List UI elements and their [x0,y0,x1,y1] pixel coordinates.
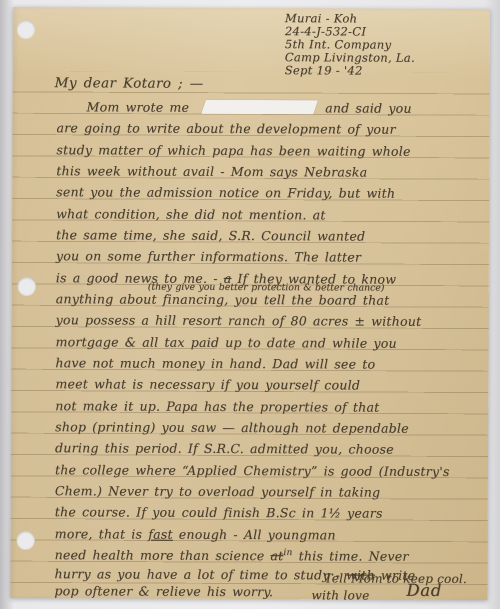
letter-line: Mom wrote meand said you [57,96,484,119]
line-text: this week without avail - Mom says Nebra… [56,163,367,179]
salutation: My dear Kotaro ; — [55,75,204,92]
line-text: hurry as you have a lot of time to study… [54,566,346,582]
line-text: and said you [325,100,412,115]
letter-line: have not much money in hand. Dad will se… [55,352,482,375]
line-text: mortgage & all tax paid up to date and w… [56,334,397,350]
letter-line: sent you the admission notice on Friday,… [56,182,483,205]
letter-line: are going to write about the development… [56,118,483,141]
letter-line: what condition, she did not mention. at [56,203,483,226]
closing-with-love: with love [311,588,369,602]
line-text: Mom wrote me [87,99,190,114]
hole-punch-bottom [17,531,35,549]
line-text: the college where “Applied Chemistry” is… [55,462,450,479]
redaction-block [201,100,318,114]
line-text: not make it up. Papa has the properties … [55,398,379,414]
line-text: Chem.) Never try to overload yourself in… [55,483,380,499]
line-text: study matter of which papa has been wait… [56,142,410,159]
line-text: shop (printing) you saw — although not d… [55,419,409,436]
line-text: the same time, she said, S.R. Council wa… [56,227,365,243]
line-text: sent you the admission notice on Friday,… [56,185,395,201]
line-text: this time. Never [293,548,409,564]
letter-body: Mom wrote meand said youare going to wri… [54,96,483,601]
annotated-word: fast [148,526,173,541]
header-line: Sept 19 - '42 [285,64,475,78]
letter-line: mortgage & all tax paid up to date and w… [55,331,482,354]
letter-line: not make it up. Papa has the properties … [55,395,482,418]
letter-line: more, that is fast enough - All youngman [55,523,482,546]
letter-header: Murai - Koh24-4-J-532-CI5th Int. Company… [285,12,475,78]
letter-line: anything about financing, you tell the b… [56,288,483,311]
letter-line: need health more than science atin this … [55,544,482,567]
letter-line: the course. If you could finish B.Sc in … [55,501,482,524]
letter-line: this week without avail - Mom says Nebra… [56,160,483,183]
letter-line: shop (printing) you saw — although not d… [55,416,482,439]
line-text: have not much money in hand. Dad will se… [55,355,375,371]
letter-line: meet what is necessary if you yourself c… [55,373,482,396]
letter-line: the same time, she said, S.R. Council wa… [56,224,483,247]
line-text: what condition, she did not mention. at [56,206,326,222]
letter-line: during this period. If S.R.C. admitted y… [55,437,482,460]
scan-background: Murai - Koh24-4-J-532-CI5th Int. Company… [0,0,500,609]
letter-line: you on some further informations. The la… [56,245,483,268]
annotated-word: in [283,548,292,558]
letter-line: Chem.) Never try to overload yourself in… [55,480,482,503]
line-text: pop oftener & relieve his worry. [54,583,273,599]
line-text: you on some further informations. The la… [56,248,361,264]
line-text: during this period. If S.R.C. admitted y… [55,440,394,456]
letter-line: you possess a hill resort ranch of 80 ac… [56,309,483,332]
closing-tell-mom: Tell Mom to keep cool. [324,571,466,586]
line-text: need health more than science [55,547,271,563]
hole-punch-middle [18,277,36,295]
line-text: the course. If you could finish B.Sc in … [55,504,383,520]
line-text: more, that is [55,526,149,541]
letter-line: the college where “Applied Chemistry” is… [55,459,482,482]
letter-line: study matter of which papa has been wait… [56,139,483,162]
letter-paper: Murai - Koh24-4-J-532-CI5th Int. Company… [10,7,490,600]
signature-dad: Dad [406,581,442,600]
line-text: enough - All youngman [173,526,336,542]
line-text: you possess a hill resort ranch of 80 ac… [56,312,422,329]
line-text: meet what is necessary if you yourself c… [55,376,360,392]
hole-punch-top [17,20,35,38]
line-text: anything about financing, you tell the b… [56,291,390,307]
line-text: are going to write about the development… [56,121,395,137]
annotated-word: at [270,548,283,563]
